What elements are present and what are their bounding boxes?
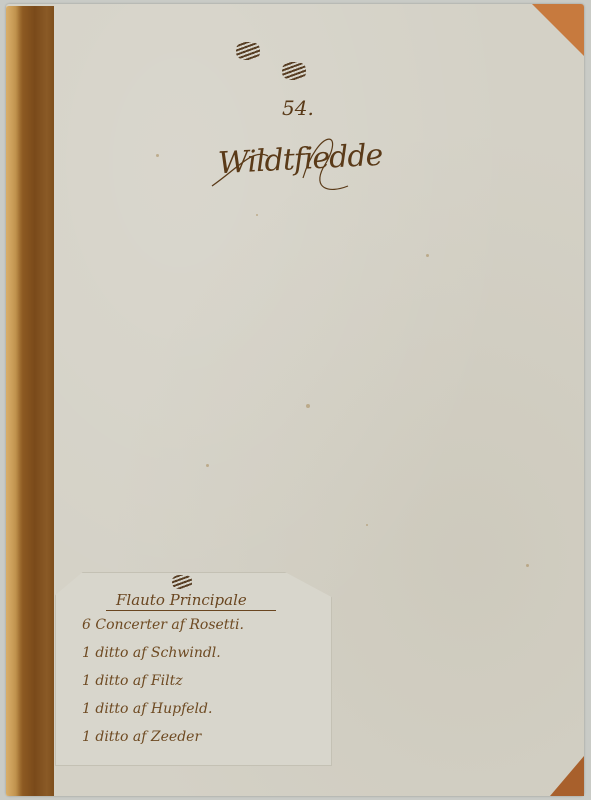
shelf-number: 54. <box>282 96 314 120</box>
paper-speckle <box>156 154 159 157</box>
paper-speckle <box>526 564 529 567</box>
paper-speckle <box>256 214 258 216</box>
contents-line: 1 ditto af Zeeder <box>82 729 201 745</box>
contents-line: 1 ditto af Hupfeld. <box>82 701 212 717</box>
contents-line: 1 ditto af Schwindl. <box>82 645 221 661</box>
paper-speckle <box>366 524 368 526</box>
title-underline <box>106 610 276 611</box>
crossed-out-mark <box>172 575 192 589</box>
contents-line: 6 Concerter af Rosetti. <box>82 617 244 633</box>
paper-speckle <box>426 254 429 257</box>
leather-spine <box>6 6 54 796</box>
contents-label: Flauto Principale 6 Concerter af Rosetti… <box>55 572 332 766</box>
paper-speckle <box>206 464 209 467</box>
crossed-out-mark <box>236 42 260 60</box>
paper-speckle <box>306 404 310 408</box>
label-title: Flauto Principale <box>116 591 247 609</box>
contents-line: 1 ditto af Filtz <box>82 673 183 689</box>
crossed-out-mark <box>282 62 306 80</box>
